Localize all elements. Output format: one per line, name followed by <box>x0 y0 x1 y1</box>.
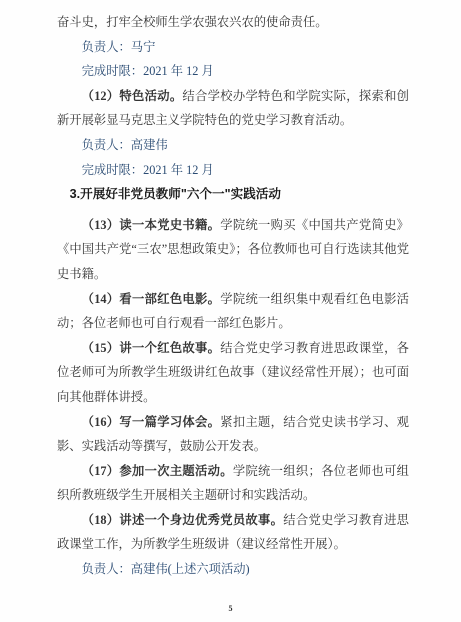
numbered-item: （18）讲述一个身边优秀党员故事。结合党史学习教育进思政课堂工作，为所教学生班级… <box>57 508 409 557</box>
numbered-item: （17）参加一次主题活动。学院统一组织；各位老师也可组织所教班级学生开展相关主题… <box>57 459 409 508</box>
numbered-item: （15）讲一个红色故事。结合党史学习教育进思政课堂，各位老师可为所教学生班级讲红… <box>57 336 409 410</box>
item-lead: （14）看一部红色电影。 <box>82 292 221 306</box>
section-heading: 3.开展好非党员教师"六个一"实践活动 <box>57 182 409 207</box>
meta-line: 负责人：高建伟(上述六项活动) <box>57 557 409 582</box>
document-page: 奋斗史，打牢全校师生学农强农兴农的使命责任。负责人：马宁完成时限：2021 年 … <box>0 0 461 622</box>
page-number: 5 <box>0 604 461 613</box>
meta-line: 负责人：高建伟 <box>57 133 409 158</box>
continuation-paragraph: 奋斗史，打牢全校师生学农强农兴农的使命责任。 <box>57 10 409 35</box>
numbered-item: （14）看一部红色电影。学院统一组织集中观看红色电影活动；各位老师也可自行观看一… <box>57 287 409 336</box>
item-lead: （12）特色活动。 <box>82 89 183 103</box>
meta-line: 负责人：马宁 <box>57 35 409 60</box>
meta-line: 完成时限：2021 年 12 月 <box>57 59 409 84</box>
document-content: 奋斗史，打牢全校师生学农强农兴农的使命责任。负责人：马宁完成时限：2021 年 … <box>57 10 409 582</box>
numbered-item: （13）读一本党史书籍。学院统一购买《中国共产党简史》《中国共产党“三农”思想政… <box>57 213 409 287</box>
item-lead: （16）写一篇学习体会。 <box>82 415 221 429</box>
meta-line: 完成时限：2021 年 12 月 <box>57 158 409 183</box>
item-lead: （15）讲一个红色故事。 <box>82 341 221 355</box>
numbered-item: （12）特色活动。结合学校办学特色和学院实际，探索和创新开展彰显马克思主义学院特… <box>57 84 409 133</box>
item-lead: （18）讲述一个身边优秀党员故事。 <box>82 513 284 527</box>
item-lead: （17）参加一次主题活动。 <box>82 464 233 478</box>
numbered-item: （16）写一篇学习体会。紧扣主题，结合党史读书学习、观影、实践活动等撰写，鼓励公… <box>57 410 409 459</box>
item-lead: （13）读一本党史书籍。 <box>82 218 221 232</box>
